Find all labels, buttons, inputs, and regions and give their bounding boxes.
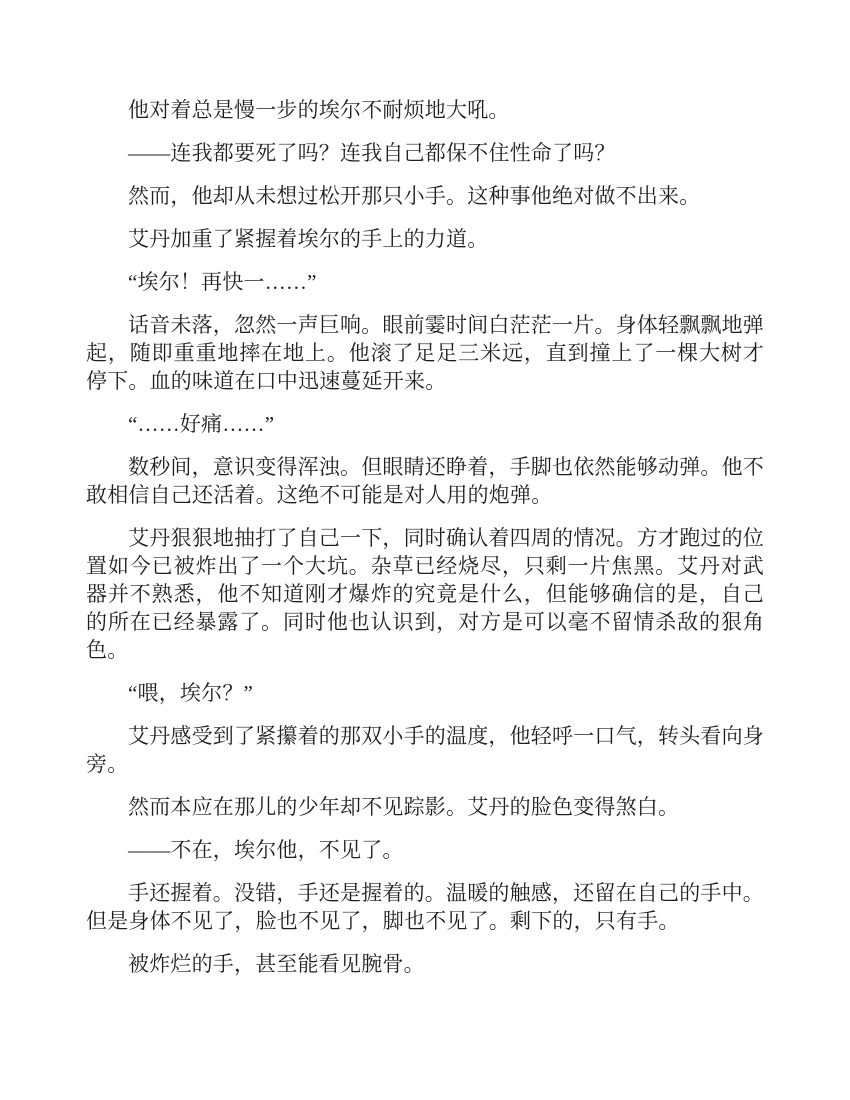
paragraph: 然而本应在那儿的少年却不见踪影。艾丹的脸色变得煞白。 [86,793,764,821]
paragraph: “埃尔！再快一……” [86,268,764,296]
paragraph: 话音未落，忽然一声巨响。眼前霎时间白茫茫一片。身体轻飘飘地弹起，随即重重地摔在地… [86,311,764,395]
paragraph: 艾丹加重了紧握着埃尔的手上的力道。 [86,225,764,253]
paragraph: 艾丹感受到了紧攥着的那双小手的温度，他轻呼一口气，转头看向身旁。 [86,722,764,778]
paragraph: 数秒间，意识变得浑浊。但眼睛还睁着，手脚也依然能够动弹。他不敢相信自己还活着。这… [86,453,764,509]
paragraph: 被炸烂的手，甚至能看见腕骨。 [86,950,764,978]
paragraph: 然而，他却从未想过松开那只小手。这种事他绝对做不出来。 [86,182,764,210]
paragraph: “……好痛……” [86,410,764,438]
document-page: 他对着总是慢一步的埃尔不耐烦地大吼。 ——连我都要死了吗？连我自己都保不住性命了… [0,0,850,1100]
paragraph: ——连我都要死了吗？连我自己都保不住性命了吗？ [86,139,764,167]
paragraph: “喂，埃尔？” [86,679,764,707]
paragraph: 他对着总是慢一步的埃尔不耐烦地大吼。 [86,96,764,124]
paragraph: 手还握着。没错，手还是握着的。温暖的触感，还留在自己的手中。但是身体不见了，脸也… [86,879,764,935]
paragraph: ——不在，埃尔他，不见了。 [86,836,764,864]
paragraph: 艾丹狠狠地抽打了自己一下，同时确认着四周的情况。方才跑过的位置如今已被炸出了一个… [86,524,764,664]
